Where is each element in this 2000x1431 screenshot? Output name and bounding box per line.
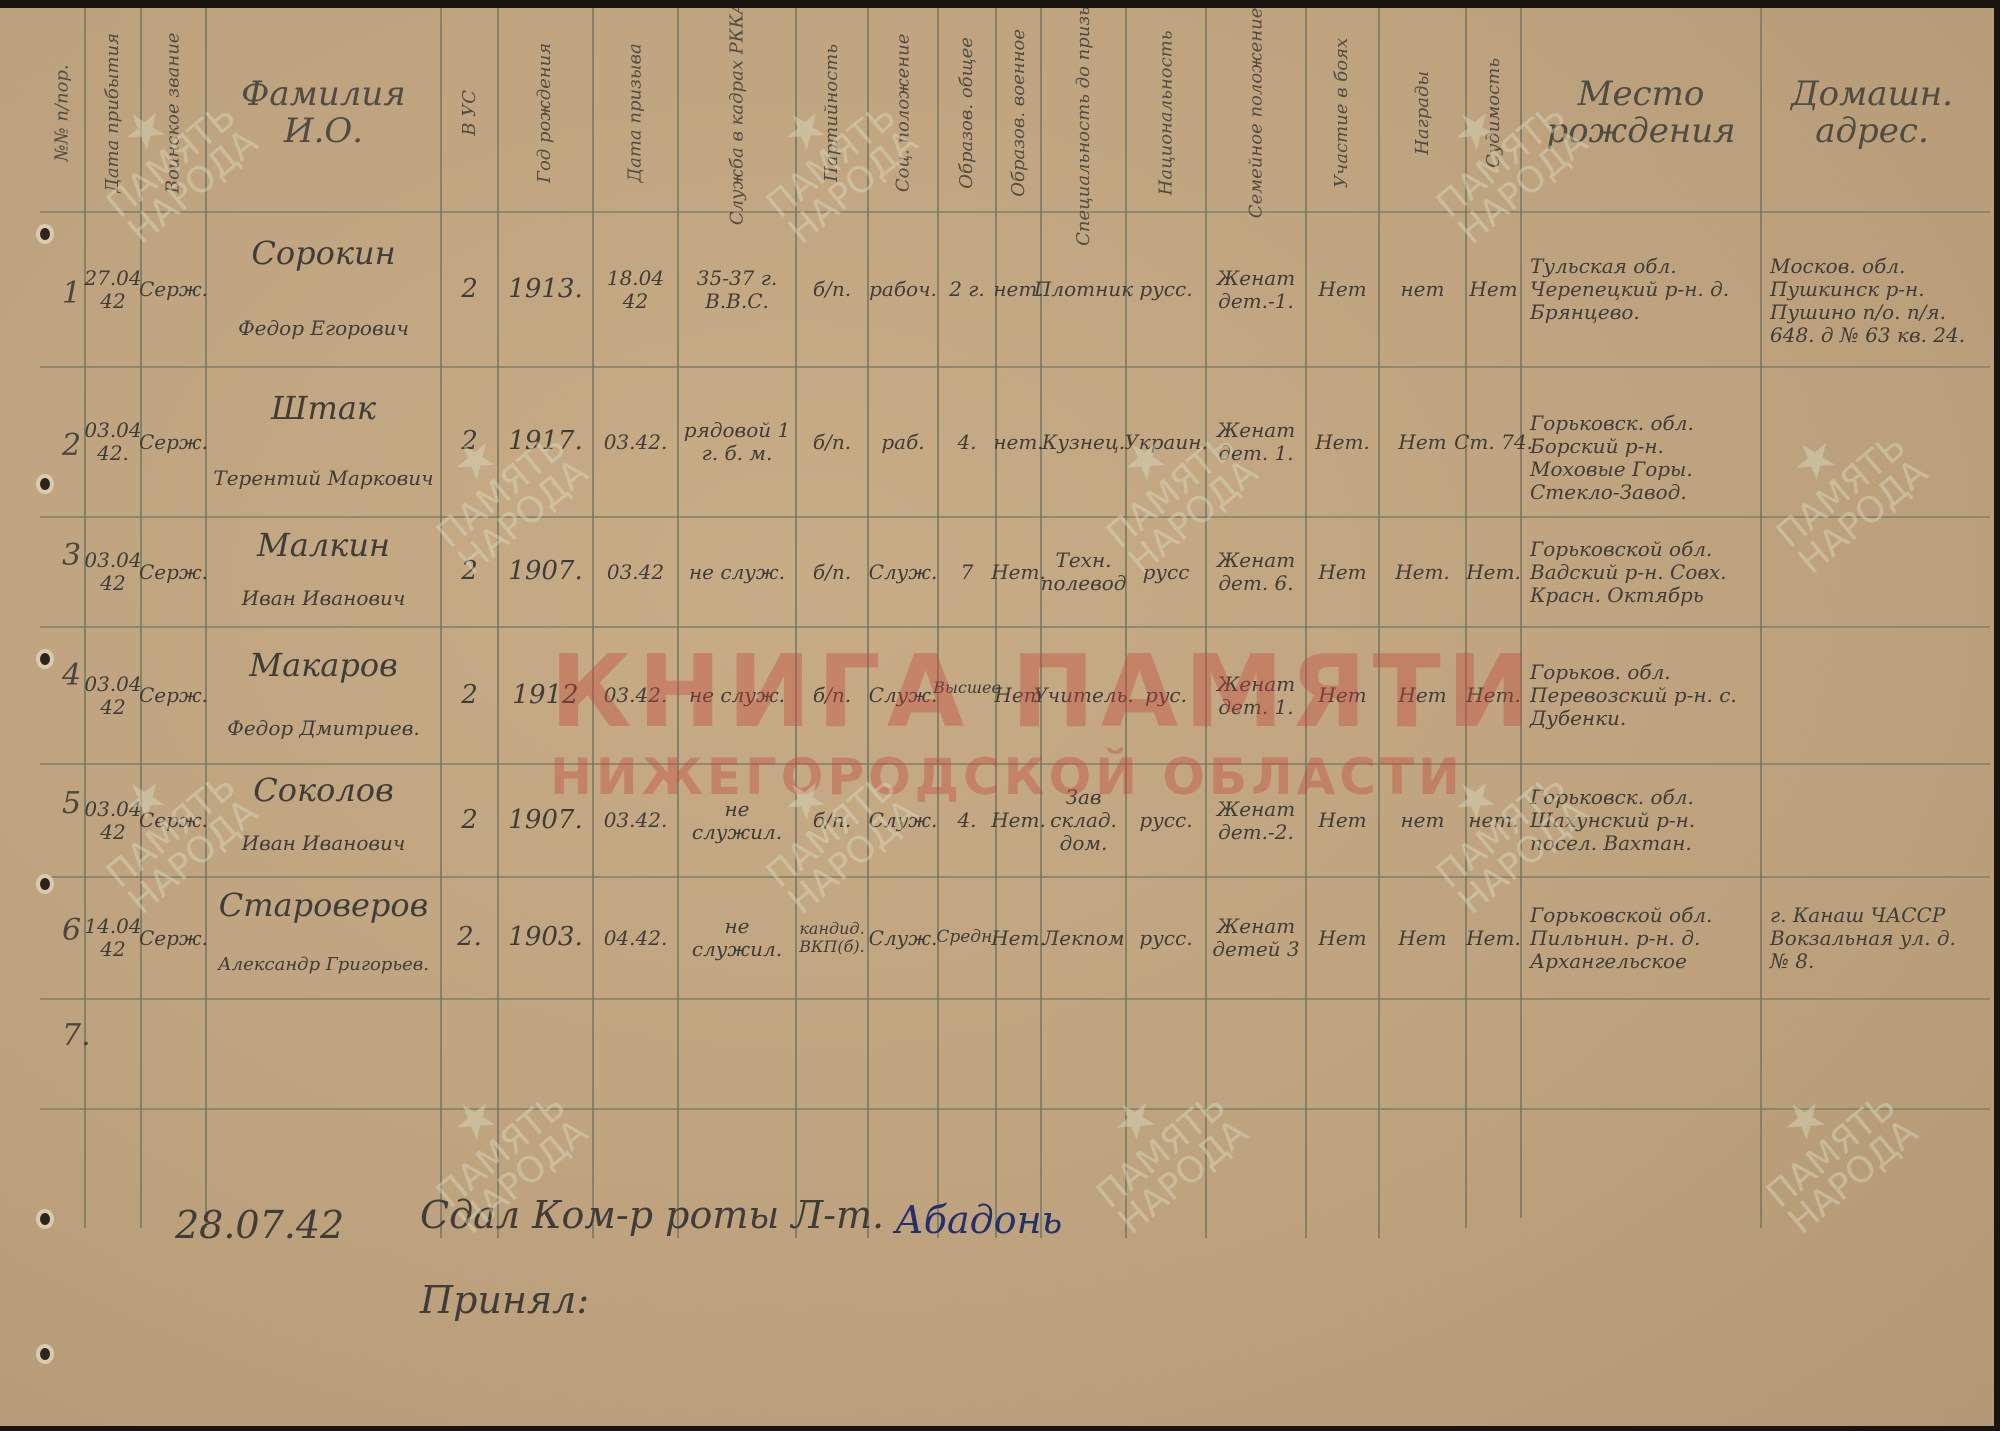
watermark-region: НИЖЕГОРОДСКОЙ ОБЛАСТИ [550, 748, 1464, 806]
header-label: Специальность до призыва [1074, 8, 1094, 246]
arrival-date: 27.04 42 [86, 213, 140, 366]
birthplace: Тульская обл. Черепецкий р-н. д. Брянцев… [1530, 213, 1758, 366]
header-label: В УС [460, 90, 480, 136]
awards: Нет [1380, 878, 1465, 998]
commander-signature: Абадонь [895, 1198, 1062, 1242]
row-number: 1 [62, 276, 81, 311]
draft-date: 03.42 [594, 518, 677, 626]
service: не служ. [679, 518, 795, 626]
rank: Серж. [142, 518, 205, 626]
row-number: 6 [62, 913, 81, 948]
edu-military: нет. [997, 368, 1040, 516]
header-home-address: Домашн. адрес. [1762, 18, 1982, 208]
service: не служил. [679, 878, 795, 998]
header-label: Образов. общее [957, 37, 977, 189]
birth-year: 1913. [499, 213, 592, 366]
header-label: Семейное положение [1246, 8, 1266, 218]
surname: Макаров [207, 638, 440, 693]
awards: Нет. [1380, 518, 1465, 626]
specialty: Плотник [1042, 213, 1125, 366]
surname-text: Староверов [219, 887, 429, 924]
header-edu-general: Образов. общее [939, 18, 995, 208]
battles: Нет [1307, 213, 1378, 366]
battles: Нет [1307, 518, 1378, 626]
row-rule-7 [40, 1108, 1990, 1110]
header-nationality: Национальность [1127, 18, 1205, 208]
nationality: русс. [1127, 878, 1205, 998]
edu-general: 7 [939, 518, 995, 626]
row-number: 5 [62, 786, 81, 821]
draft-date: 18.04 42 [594, 213, 677, 366]
given-names: Иван Иванович [207, 573, 440, 623]
header-family: Семейное положение [1207, 18, 1305, 208]
service: 35-37 г. В.В.С. [679, 213, 795, 366]
social: Служ. [869, 878, 937, 998]
party: б/п. [797, 368, 867, 516]
binder-hole [40, 878, 50, 890]
header-draft-date: Дата призыва [594, 18, 677, 208]
binder-hole [40, 1213, 50, 1225]
home-address [1770, 628, 1980, 763]
birthplace: Горьковск. обл. Борский р-н. Моховые Гор… [1530, 393, 1758, 523]
given-names: Терентий Маркович [207, 448, 440, 508]
awards: Нет [1380, 368, 1465, 516]
watermark-logo: ★ПАМЯТЬНАРОДА [1061, 1052, 1254, 1240]
header-battles: Участие в боях [1307, 18, 1378, 208]
header-label: Служба в кадрах РККА [727, 8, 747, 225]
row-number-empty: 7. [62, 1018, 91, 1053]
binder-hole [40, 653, 50, 665]
given-names: Александр Григорьев. [207, 938, 440, 993]
family-status: Женат детей 3 [1207, 878, 1305, 998]
header-label: Домашн. адрес. [1762, 76, 1982, 151]
birth-year: 1903. [499, 878, 592, 998]
header-label: №№ п/пор. [53, 64, 73, 161]
footer-date: 28.07.42 [175, 1203, 344, 1247]
draft-date: 03.42. [594, 368, 677, 516]
arrival-date: 03.04 42 [86, 518, 140, 626]
header-vus: В УС [442, 18, 497, 208]
header-birth-year: Год рождения [499, 18, 592, 208]
row-rule-6 [40, 998, 1990, 1000]
birthplace: Горьковской обл. Пильнин. р-н. д. Арханг… [1530, 878, 1758, 998]
binder-hole [40, 228, 50, 240]
document-sheet: №№ п/пор. Дата прибытия Воинское звание … [0, 8, 1994, 1426]
home-address: Москов. обл. Пушкинск р-н. Пушино п/о. п… [1770, 213, 1980, 388]
header-label: Образов. военное [1009, 29, 1029, 197]
vus: 2 [442, 765, 497, 876]
conviction: Нет. [1467, 518, 1520, 626]
family-status: Женат дет.-1. [1207, 213, 1305, 366]
watermark-book-title: КНИГА ПАМЯТИ [550, 633, 1537, 750]
battles: Нет. [1307, 368, 1378, 516]
vus: 2 [442, 628, 497, 763]
header-label: Дата призыва [626, 43, 646, 182]
social: раб. [869, 368, 937, 516]
given-names: Федор Егорович [207, 298, 440, 358]
edu-military: Нет. [997, 518, 1040, 626]
surname: Староверов [207, 878, 440, 933]
header-label: Национальность [1156, 31, 1176, 196]
surname: Штак [207, 378, 440, 438]
specialty: Лекпом [1042, 878, 1125, 998]
footer-received: Принял: [420, 1278, 589, 1322]
arrival-date: 03.04 42. [86, 368, 140, 516]
edu-general: 4. [939, 368, 995, 516]
surname-text: Штак [271, 390, 376, 427]
row-number: 4 [62, 658, 81, 693]
draft-date: 04.42. [594, 878, 677, 998]
header-edu-military: Образов. военное [997, 18, 1040, 208]
given-names: Федор Дмитриев. [207, 703, 440, 753]
family-status: Женат дет. 6. [1207, 518, 1305, 626]
surname-text: Макаров [249, 647, 397, 684]
rank: Серж. [142, 368, 205, 516]
social: рабоч. [869, 213, 937, 366]
header-specialty: Специальность до призыва [1042, 18, 1125, 208]
awards: нет [1380, 213, 1465, 366]
nationality: русс. [1127, 213, 1205, 366]
surname-text: Сорокин [251, 235, 395, 272]
surname: Сорокин [207, 223, 440, 283]
surname-text: Соколов [253, 772, 393, 809]
header-label: Участие в боях [1333, 38, 1353, 188]
header-full-name: Фамилия И.О. [207, 18, 440, 208]
party: б/п. [797, 518, 867, 626]
edu-general: Средн. [939, 878, 995, 998]
service: рядовой 1 г. б. м. [679, 368, 795, 516]
edu-general: 2 г. [939, 213, 995, 366]
binder-hole [40, 478, 50, 490]
birthplace: Горьковской обл. Вадский р-н. Совх. Крас… [1530, 518, 1758, 626]
edu-military: Нет. [997, 878, 1040, 998]
binder-hole [40, 1348, 50, 1360]
header-label: Год рождения [536, 43, 556, 183]
vus: 2 [442, 213, 497, 366]
surname-text: Малкин [257, 527, 390, 564]
home-address [1770, 765, 1980, 876]
vus: 2. [442, 878, 497, 998]
surname: Малкин [207, 520, 440, 570]
social: Служ. [869, 518, 937, 626]
birthplace: Горьков. обл. Перевозский р-н. с. Дубенк… [1530, 628, 1758, 763]
home-address: г. Канаш ЧАССР Вокзальная ул. д. № 8. [1770, 878, 1980, 998]
arrival-date: 03.04 42 [86, 628, 140, 763]
header-number: №№ п/пор. [40, 18, 86, 208]
conviction: Ст. 74. [1467, 368, 1520, 516]
row-number: 3 [62, 538, 81, 573]
battles: Нет [1307, 878, 1378, 998]
row-number: 2 [62, 428, 81, 463]
